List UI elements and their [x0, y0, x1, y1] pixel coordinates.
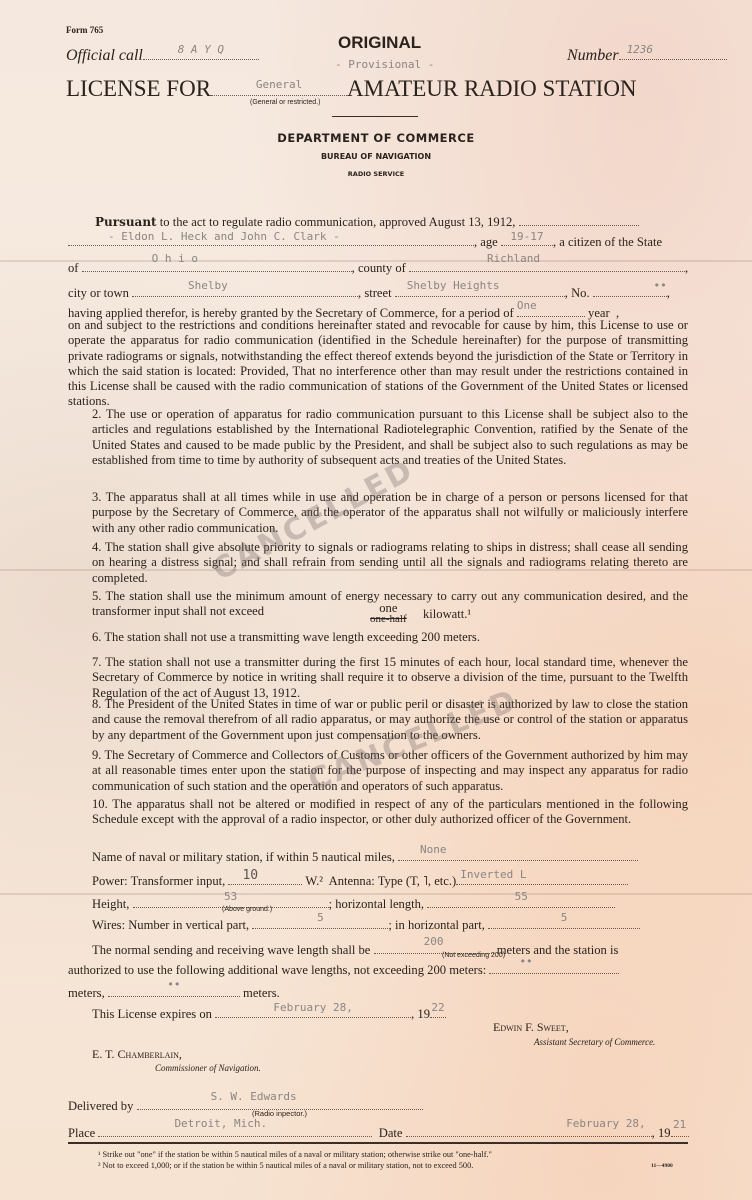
- condition-6: 6. The station shall not use a transmitt…: [68, 630, 688, 645]
- power-unit: W.²: [305, 874, 323, 888]
- place-value[interactable]: Detroit, Mich.: [98, 1117, 372, 1130]
- delivered-line: Delivered by S. W. Edwards: [68, 1097, 423, 1114]
- power-line: Power: Transformer input, 10 W.² Antenna…: [92, 872, 628, 889]
- print-code: 11—4900: [651, 1163, 673, 1169]
- original-label: ORIGINAL: [338, 33, 421, 53]
- meters-label: meters,: [68, 986, 105, 1000]
- no-value[interactable]: ••: [593, 279, 667, 292]
- pursuant-word: Pursuant: [95, 215, 157, 229]
- state-line: of O h i o, county of Richland,: [68, 259, 688, 276]
- kw-struck: one-half: [370, 614, 407, 625]
- expires-line: This License expires on February 28,, 19…: [92, 1005, 446, 1022]
- naval-value[interactable]: None: [398, 843, 638, 856]
- expires-year-value[interactable]: 22: [430, 1001, 446, 1014]
- meters-end: meters.: [243, 986, 280, 1000]
- kw-unit: kilowatt.¹: [423, 607, 471, 622]
- age-value[interactable]: 19-17: [501, 230, 553, 243]
- license-body-text: on and subject to the restrictions and c…: [68, 318, 688, 410]
- power-label: Power: Transformer input,: [92, 874, 225, 888]
- expires-value[interactable]: February 28,: [215, 1001, 411, 1014]
- condition-2: 2. The use or operation of apparatus for…: [68, 407, 688, 468]
- naval-station-line: Name of naval or military station, if wi…: [92, 848, 638, 865]
- names-line: - Eldon L. Heck and John C. Clark -, age…: [68, 233, 662, 250]
- license-class-caption: (General or restricted.): [250, 99, 320, 106]
- number-label: Number: [567, 47, 619, 64]
- place-date-line: Place Detroit, Mich. Date February 28,, …: [68, 1124, 689, 1141]
- official-call-value[interactable]: 8 A Y Q: [143, 43, 259, 56]
- height-line: Height, 53; horizontal length, 55: [92, 895, 615, 912]
- additional-value-2[interactable]: ••: [108, 978, 240, 991]
- height-label: Height,: [92, 897, 129, 911]
- sweet-name: Edwin F. Sweet,: [493, 1020, 569, 1035]
- city-value[interactable]: Shelby: [132, 279, 358, 292]
- official-call-field: Official call8 A Y Q: [66, 47, 259, 65]
- kilowatt-choice: one one-half: [370, 603, 407, 625]
- pursuant-line: Pursuant to the act to regulate radio co…: [95, 213, 639, 230]
- footnote-1: ¹ Strike out "one" if the station be wit…: [98, 1150, 492, 1159]
- date-value[interactable]: February 28,: [406, 1117, 652, 1130]
- wave-value[interactable]: 200: [374, 935, 494, 948]
- form-number: Form 765: [66, 25, 103, 35]
- provisional-label: - Provisional -: [335, 58, 434, 71]
- official-call-label: Official call: [66, 47, 143, 64]
- no-label: , No.: [565, 286, 590, 300]
- condition-7: 7. The station shall not use a transmitt…: [68, 655, 688, 701]
- pursuant-text: to the act to regulate radio communicati…: [160, 215, 516, 229]
- chamberlain-name: E. T. Chamberlain,: [92, 1047, 182, 1062]
- wires-vertical-value[interactable]: 5: [252, 911, 388, 924]
- additional-label: authorized to use the following addition…: [68, 963, 486, 977]
- county-value[interactable]: Richland: [409, 252, 685, 265]
- hlength-value[interactable]: 55: [427, 890, 615, 903]
- street-label: , street: [358, 286, 392, 300]
- station-type-label: AMATEUR RADIO STATION: [347, 76, 637, 101]
- delivered-value[interactable]: S. W. Edwards: [137, 1090, 423, 1103]
- footer-divider: [68, 1142, 688, 1144]
- naval-label: Name of naval or military station, if wi…: [92, 850, 395, 864]
- condition-10: 10. The apparatus shall not be altered o…: [68, 797, 688, 828]
- additional-wave-line: authorized to use the following addition…: [68, 961, 619, 978]
- antenna-value[interactable]: Inverted L: [456, 868, 628, 881]
- licensee-names-value[interactable]: - Eldon L. Heck and John C. Clark -: [68, 230, 474, 243]
- license-for-line: LICENSE FORGeneralAMATEUR RADIO STATION: [66, 76, 637, 102]
- wires-label: Wires: Number in vertical part,: [92, 918, 249, 932]
- additional-value-1[interactable]: ••: [489, 955, 619, 968]
- department-title: DEPARTMENT OF COMMERCE: [0, 131, 752, 145]
- chamberlain-title: Commissioner of Navigation.: [155, 1063, 261, 1073]
- footnote-2: ² Not to exceed 1,000; or if the station…: [98, 1161, 473, 1170]
- bureau-title: BUREAU OF NAVIGATION: [0, 152, 752, 161]
- age-label: , age: [474, 235, 498, 249]
- date-year-prefix: , 19: [652, 1126, 671, 1140]
- county-label: , county of: [352, 261, 406, 275]
- citizen-label: , a citizen of the State: [553, 235, 662, 249]
- of-label: of: [68, 261, 79, 275]
- sweet-title: Assistant Secretary of Commerce.: [534, 1037, 655, 1047]
- delivered-label: Delivered by: [68, 1099, 133, 1113]
- place-label: Place: [68, 1126, 95, 1140]
- power-value[interactable]: 10: [228, 868, 302, 883]
- expires-year-prefix: , 19: [411, 1007, 430, 1021]
- meters-line: meters, •• meters.: [68, 984, 280, 1001]
- wave-prefix: The normal sending and receiving wave le…: [92, 943, 370, 957]
- license-for-label: LICENSE FOR: [66, 76, 211, 101]
- street-value[interactable]: Shelby Heights: [395, 279, 565, 292]
- period-value[interactable]: One: [517, 299, 585, 312]
- license-class-value[interactable]: General: [211, 78, 347, 91]
- condition-4: 4. The station shall give absolute prior…: [68, 540, 688, 586]
- date-label: Date: [379, 1126, 403, 1140]
- state-value[interactable]: O h i o: [82, 252, 352, 265]
- service-title: RADIO SERVICE: [0, 170, 752, 178]
- number-value[interactable]: 1236: [619, 43, 727, 56]
- hlength-label: ; horizontal length,: [329, 897, 424, 911]
- wires-horizontal-value[interactable]: 5: [488, 911, 640, 924]
- antenna-label: Antenna: Type (T, ˥, etc.): [329, 874, 457, 888]
- wires-line: Wires: Number in vertical part, 5; in ho…: [92, 916, 640, 933]
- wires-h-label: ; in horizontal part,: [388, 918, 485, 932]
- expires-label: This License expires on: [92, 1007, 212, 1021]
- header-divider: [332, 116, 418, 117]
- number-field: Number1236: [567, 47, 727, 65]
- height-value[interactable]: 53: [133, 890, 329, 903]
- city-label: city or town: [68, 286, 129, 300]
- date-year-value[interactable]: 21: [671, 1118, 689, 1131]
